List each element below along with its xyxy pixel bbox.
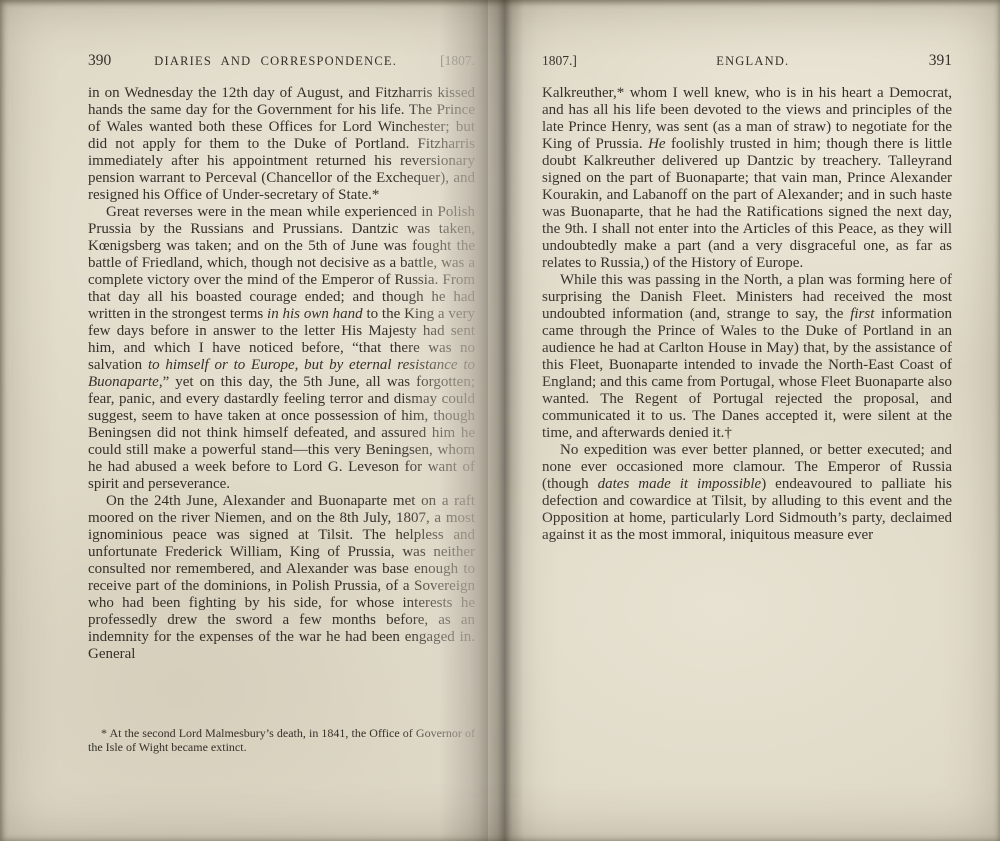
paragraph: No expedition was ever better planned, o… — [542, 442, 952, 544]
paragraph: in on Wednesday the 12th day of August, … — [88, 85, 475, 204]
header-year-left: [1807. — [440, 53, 475, 69]
running-title-right: ENGLAND. — [716, 54, 789, 69]
page-number-left: 390 — [88, 52, 111, 70]
paragraph: While this was passing in the North, a p… — [542, 272, 952, 442]
book-spread: 390 DIARIES AND CORRESPONDENCE. [1807. i… — [0, 0, 1000, 841]
paragraph: Kalkreuther,* whom I well knew, who is i… — [542, 85, 952, 272]
paragraph: Great reverses were in the mean while ex… — [88, 204, 475, 493]
footnote: * At the second Lord Malmesbury’s death,… — [88, 727, 475, 755]
page-number-right: 391 — [929, 52, 952, 70]
page-right: 1807.] ENGLAND. 391 Kalkreuther,* whom I… — [505, 0, 1000, 841]
page-left: 390 DIARIES AND CORRESPONDENCE. [1807. i… — [0, 0, 505, 841]
page-right-body: Kalkreuther,* whom I well knew, who is i… — [542, 85, 952, 657]
page-left-footnotes: * At the second Lord Malmesbury’s death,… — [88, 727, 475, 755]
page-left-header: 390 DIARIES AND CORRESPONDENCE. [1807. — [88, 52, 475, 70]
page-right-header: 1807.] ENGLAND. 391 — [542, 52, 952, 70]
paragraph: On the 24th June, Alexander and Buonapar… — [88, 493, 475, 663]
page-left-body: in on Wednesday the 12th day of August, … — [88, 85, 475, 717]
running-title-left: DIARIES AND CORRESPONDENCE. — [154, 54, 397, 69]
header-year-right: 1807.] — [542, 53, 577, 69]
